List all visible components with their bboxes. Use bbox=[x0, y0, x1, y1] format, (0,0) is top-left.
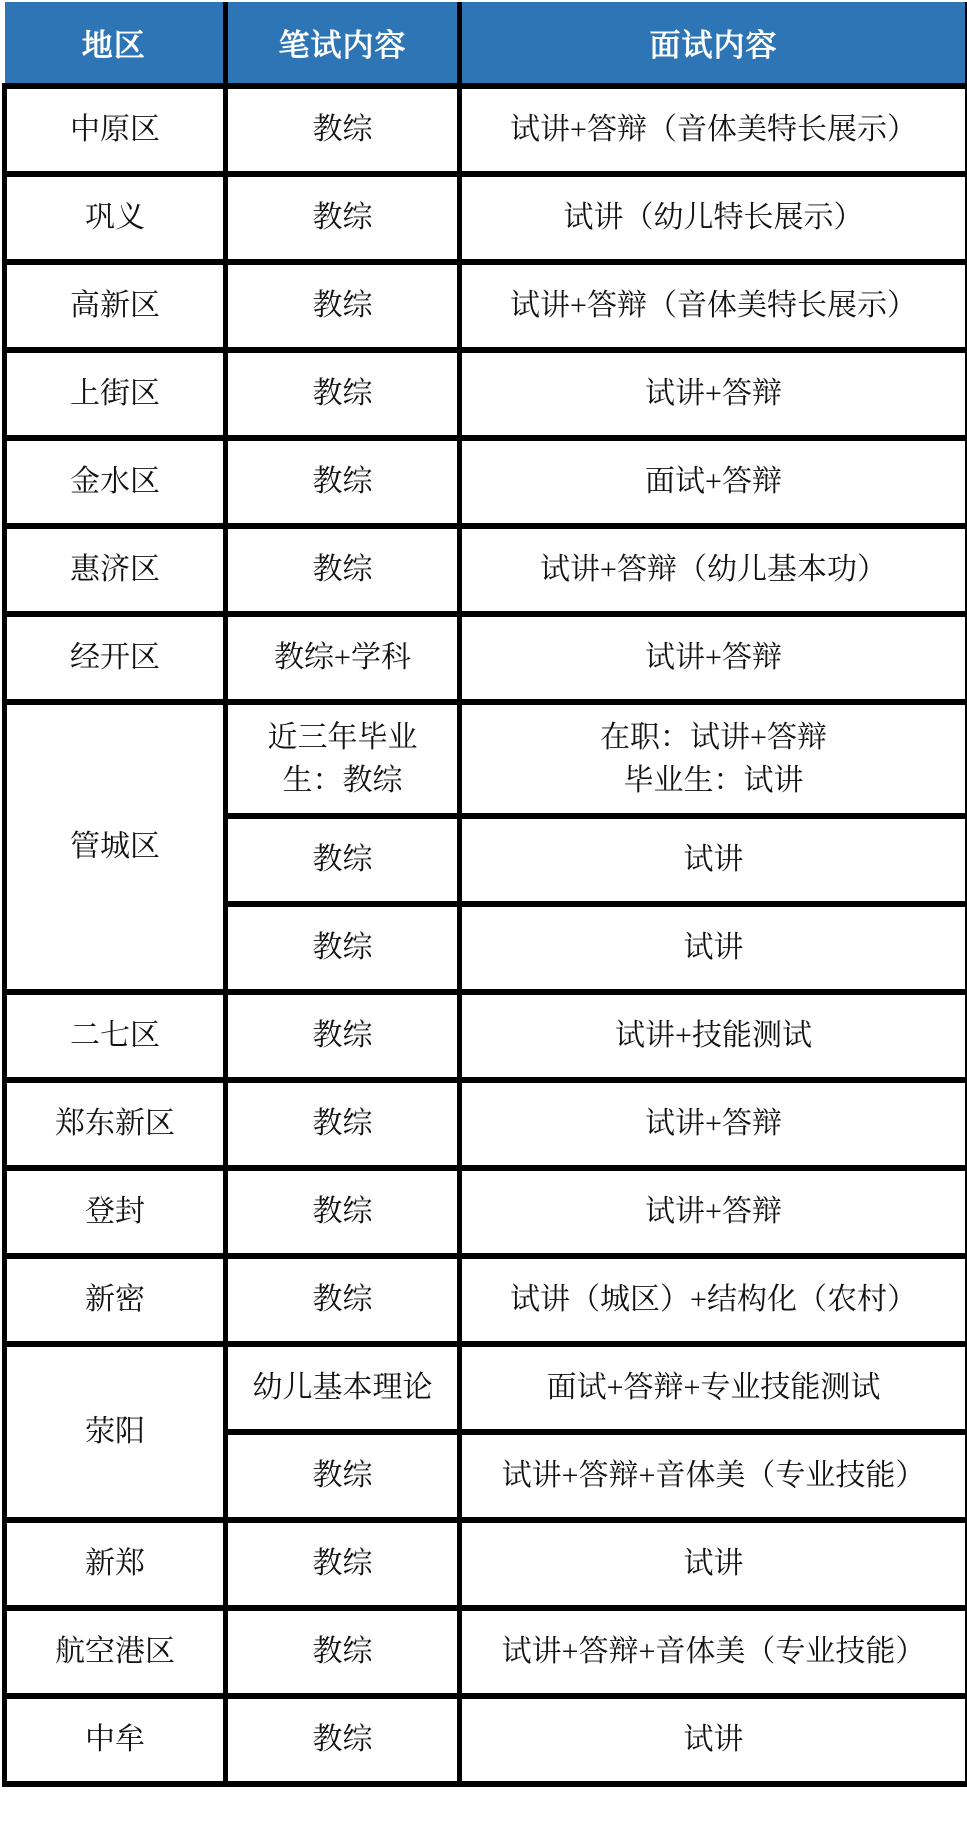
written-test-cell: 教综 bbox=[226, 1608, 460, 1696]
interview-cell: 在职：试讲+答辩 毕业生：试讲 bbox=[460, 702, 967, 816]
interview-cell: 试讲 bbox=[460, 1520, 967, 1608]
region-cell: 荥阳 bbox=[5, 1344, 226, 1520]
written-test-cell: 教综+学科 bbox=[226, 614, 460, 702]
written-test-cell: 教综 bbox=[226, 1520, 460, 1608]
table-row: 新郑 教综 试讲 bbox=[5, 1520, 967, 1608]
interview-cell: 试讲+技能测试 bbox=[460, 992, 967, 1080]
region-cell: 巩义 bbox=[5, 174, 226, 262]
region-cell: 中牟 bbox=[5, 1696, 226, 1784]
written-test-cell: 近三年毕业 生：教综 bbox=[226, 702, 460, 816]
interview-cell: 试讲（城区）+结构化（农村） bbox=[460, 1256, 967, 1344]
interview-cell: 试讲+答辩 bbox=[460, 1168, 967, 1256]
written-test-cell: 教综 bbox=[226, 526, 460, 614]
interview-cell: 试讲+答辩（音体美特长展示） bbox=[460, 86, 967, 174]
interview-cell: 试讲（幼儿特长展示） bbox=[460, 174, 967, 262]
written-test-cell: 教综 bbox=[226, 1432, 460, 1520]
region-cell: 郑东新区 bbox=[5, 1080, 226, 1168]
page: 地区 笔试内容 面试内容 中原区 教综 试讲+答辩（音体美特长展示） 巩义 教综… bbox=[0, 0, 967, 1833]
region-cell: 高新区 bbox=[5, 262, 226, 350]
written-test-cell: 教综 bbox=[226, 86, 460, 174]
region-cell: 登封 bbox=[5, 1168, 226, 1256]
interview-cell: 试讲+答辩（幼儿基本功） bbox=[460, 526, 967, 614]
region-cell: 二七区 bbox=[5, 992, 226, 1080]
region-cell: 新密 bbox=[5, 1256, 226, 1344]
written-test-cell: 教综 bbox=[226, 904, 460, 992]
table-row: 二七区 教综 试讲+技能测试 bbox=[5, 992, 967, 1080]
interview-cell: 试讲+答辩 bbox=[460, 1080, 967, 1168]
table-row: 新密 教综 试讲（城区）+结构化（农村） bbox=[5, 1256, 967, 1344]
interview-cell: 试讲+答辩（音体美特长展示） bbox=[460, 262, 967, 350]
table-row: 郑东新区 教综 试讲+答辩 bbox=[5, 1080, 967, 1168]
interview-cell: 面试+答辩+专业技能测试 bbox=[460, 1344, 967, 1432]
interview-cell: 试讲 bbox=[460, 1696, 967, 1784]
table-row: 中牟 教综 试讲 bbox=[5, 1696, 967, 1784]
interview-cell: 试讲 bbox=[460, 816, 967, 904]
table-row: 管城区 近三年毕业 生：教综 在职：试讲+答辩 毕业生：试讲 bbox=[5, 702, 967, 816]
written-test-cell: 教综 bbox=[226, 1168, 460, 1256]
written-test-cell: 教综 bbox=[226, 438, 460, 526]
written-test-cell: 教综 bbox=[226, 1256, 460, 1344]
interview-cell: 试讲+答辩 bbox=[460, 614, 967, 702]
region-cell: 上街区 bbox=[5, 350, 226, 438]
table-row: 荥阳 幼儿基本理论 面试+答辩+专业技能测试 bbox=[5, 1344, 967, 1432]
written-test-cell: 教综 bbox=[226, 816, 460, 904]
written-test-cell: 教综 bbox=[226, 1696, 460, 1784]
table-row: 航空港区 教综 试讲+答辩+音体美（专业技能） bbox=[5, 1608, 967, 1696]
exam-table: 地区 笔试内容 面试内容 中原区 教综 试讲+答辩（音体美特长展示） 巩义 教综… bbox=[2, 2, 967, 1787]
interview-cell: 试讲+答辩+音体美（专业技能） bbox=[460, 1608, 967, 1696]
column-header-region: 地区 bbox=[5, 2, 226, 86]
interview-cell: 面试+答辩 bbox=[460, 438, 967, 526]
region-cell: 管城区 bbox=[5, 702, 226, 992]
table-row: 巩义 教综 试讲（幼儿特长展示） bbox=[5, 174, 967, 262]
interview-cell: 试讲+答辩+音体美（专业技能） bbox=[460, 1432, 967, 1520]
region-cell: 经开区 bbox=[5, 614, 226, 702]
written-test-cell: 教综 bbox=[226, 992, 460, 1080]
header-row: 地区 笔试内容 面试内容 bbox=[5, 2, 967, 86]
region-cell: 中原区 bbox=[5, 86, 226, 174]
table-row: 高新区 教综 试讲+答辩（音体美特长展示） bbox=[5, 262, 967, 350]
written-test-cell: 教综 bbox=[226, 1080, 460, 1168]
table-row: 登封 教综 试讲+答辩 bbox=[5, 1168, 967, 1256]
interview-cell: 试讲 bbox=[460, 904, 967, 992]
table-row: 金水区 教综 面试+答辩 bbox=[5, 438, 967, 526]
written-test-cell: 教综 bbox=[226, 262, 460, 350]
written-test-cell: 教综 bbox=[226, 350, 460, 438]
interview-cell: 试讲+答辩 bbox=[460, 350, 967, 438]
region-cell: 惠济区 bbox=[5, 526, 226, 614]
region-cell: 金水区 bbox=[5, 438, 226, 526]
region-cell: 航空港区 bbox=[5, 1608, 226, 1696]
table-row: 惠济区 教综 试讲+答辩（幼儿基本功） bbox=[5, 526, 967, 614]
column-header-interview: 面试内容 bbox=[460, 2, 967, 86]
table-row: 中原区 教综 试讲+答辩（音体美特长展示） bbox=[5, 86, 967, 174]
written-test-cell: 幼儿基本理论 bbox=[226, 1344, 460, 1432]
table-row: 上街区 教综 试讲+答辩 bbox=[5, 350, 967, 438]
table-row: 经开区 教综+学科 试讲+答辩 bbox=[5, 614, 967, 702]
column-header-written-test: 笔试内容 bbox=[226, 2, 460, 86]
written-test-cell: 教综 bbox=[226, 174, 460, 262]
region-cell: 新郑 bbox=[5, 1520, 226, 1608]
